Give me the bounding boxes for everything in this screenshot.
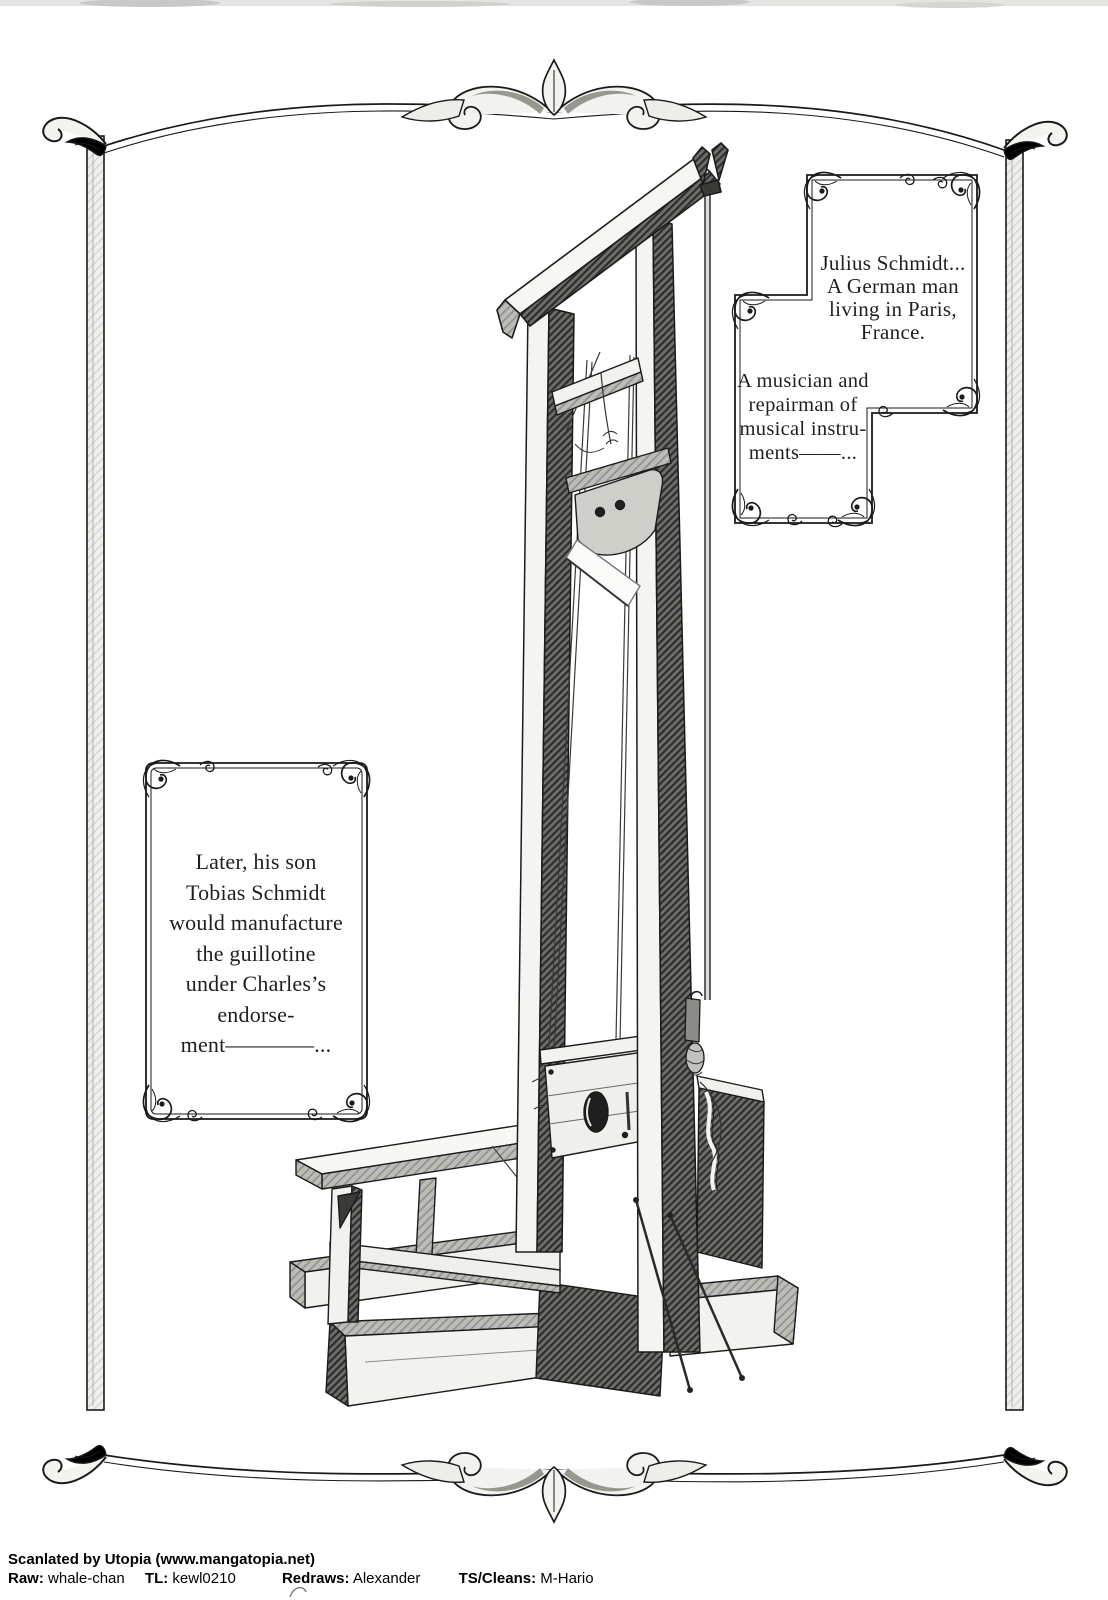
manga-page: Julius Schmidt... A German man living in… [0,0,1108,1600]
frame-corner-scroll-top-left [43,118,106,156]
credits-line1: Scanlated by Utopia (www.mangatopia.net) [8,1550,594,1569]
credit-redraws: Redraws: Alexander [282,1569,420,1588]
credit-raw: Raw: whale-chan [8,1569,125,1588]
page-artwork [0,0,1108,1600]
credit-label: TS/Cleans: [459,1570,537,1587]
guillotine-right-post [636,218,700,1352]
scanlation-credits: Scanlated by Utopia (www.mangatopia.net)… [8,1550,594,1588]
credit-value: Alexander [353,1570,421,1587]
speech-box-julius-border [732,172,979,527]
credit-value: kewl0210 [172,1570,235,1587]
frame-corner-scroll-top-right [1004,122,1067,160]
credit-value: whale-chan [48,1570,125,1587]
speech-box-tobias-text: Later, his son Tobias Schmidt would manu… [145,847,367,1061]
frame-corner-scroll-bottom-right [1004,1448,1067,1486]
guillotine-cap-beam [497,143,728,338]
frame-bottom-acanthus-ornament [402,1453,706,1522]
guillotine-rope [685,178,721,1174]
credit-tl: TL: kewl0210 [145,1569,236,1588]
credit-ts-cleans: TS/Cleans: M-Hario [459,1569,594,1588]
speech-box-julius-para1: Julius Schmidt... A German man living in… [801,252,985,344]
stray-pen-mark [290,1588,306,1597]
credit-label: Raw: [8,1570,44,1587]
speech-box-julius-para2: A musician and repairman of musical inst… [720,369,886,465]
scan-noise-strip [0,0,1108,8]
frame-corner-scroll-bottom-left [43,1446,106,1484]
guillotine-splash-board [697,1076,764,1268]
credits-line2: Raw: whale-chan TL: kewl0210 Redraws: Al… [8,1569,594,1588]
credit-value: M-Hario [540,1570,593,1587]
credit-label: TL: [145,1570,168,1587]
credit-label: Redraws: [282,1570,350,1587]
